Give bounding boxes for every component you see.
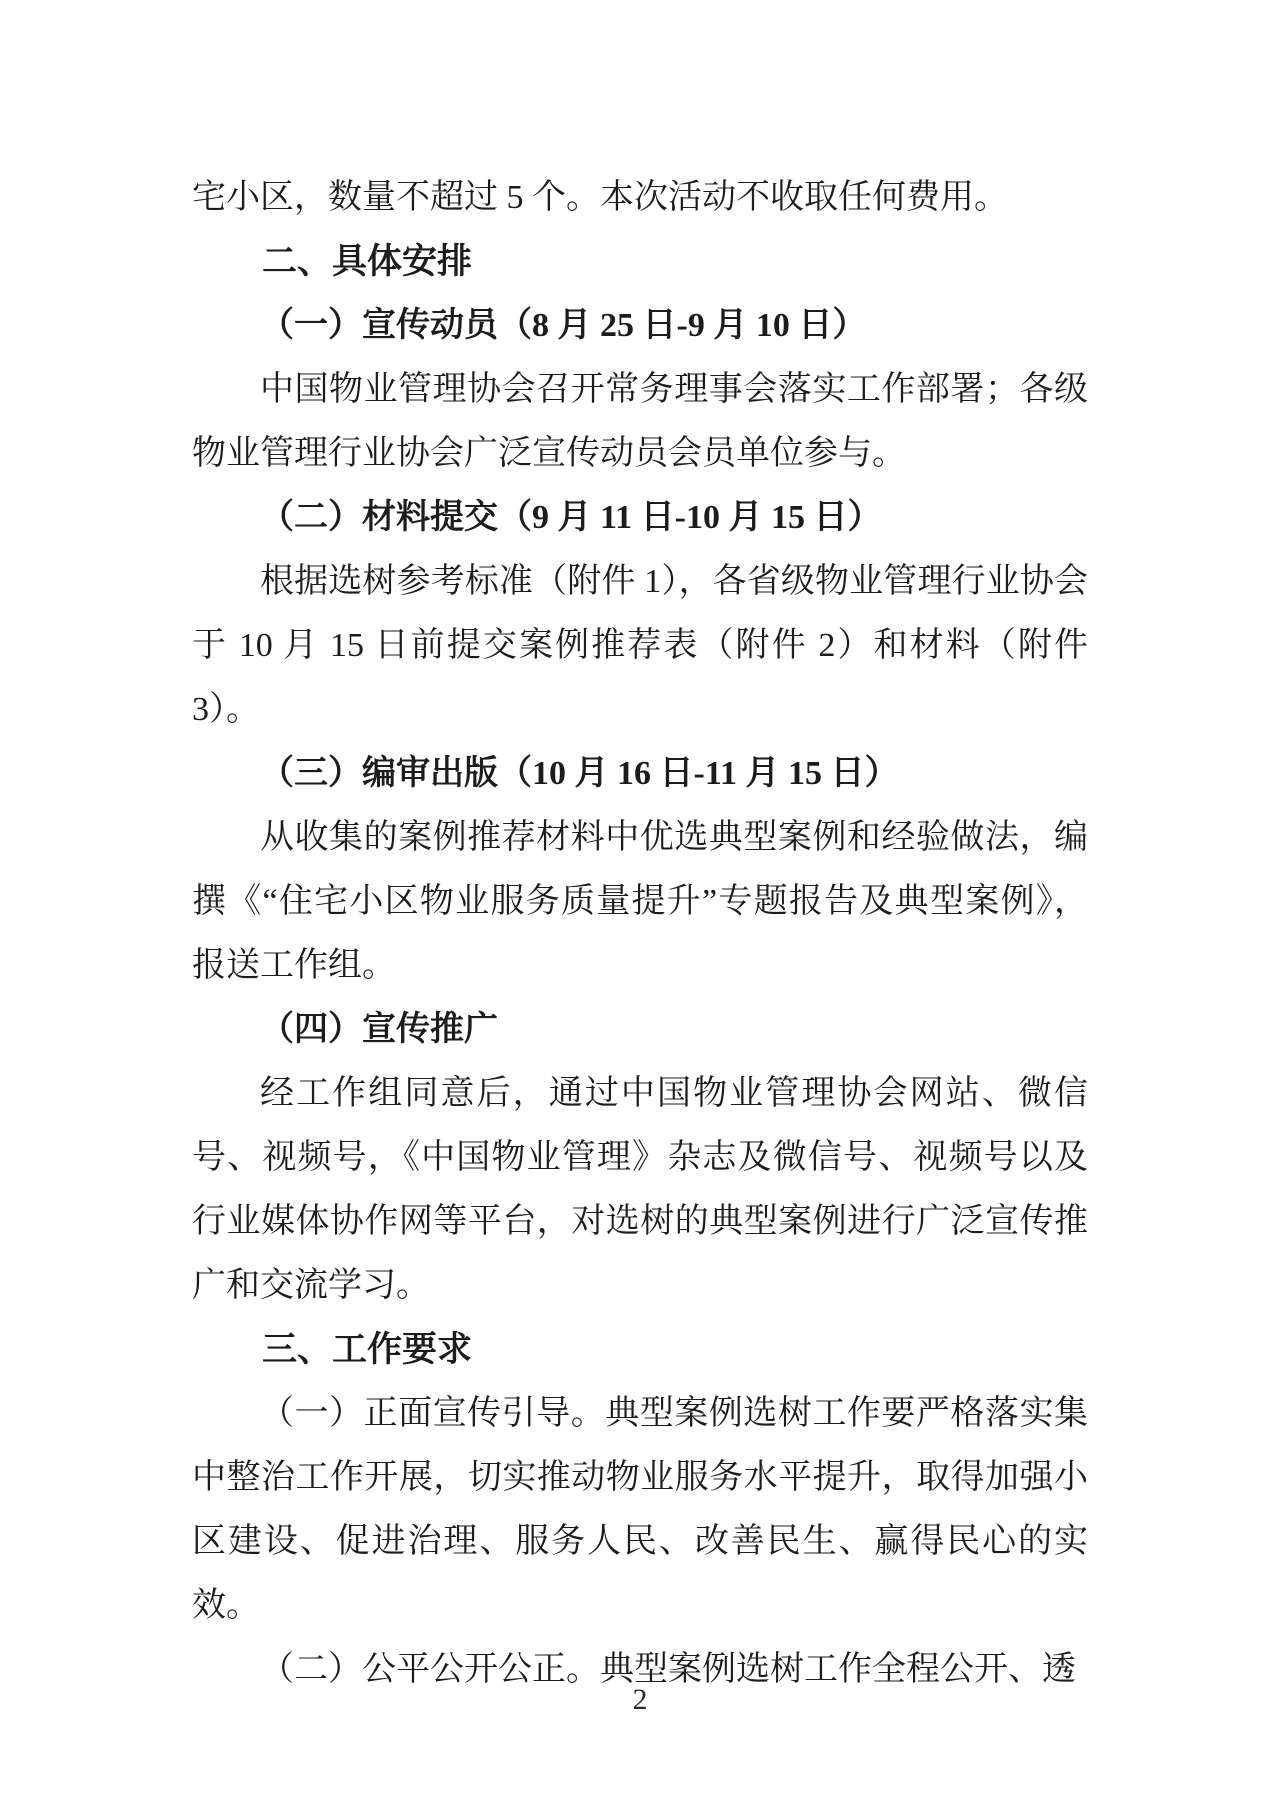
document-content: 宅小区，数量不超过 5 个。本次活动不收取任何费用。二、具体安排（一）宣传动员（… — [192, 166, 1088, 1702]
subsection-heading: （四）宣传推广 — [192, 998, 1088, 1062]
section-heading: 三、工作要求 — [192, 1318, 1088, 1382]
section-heading: 二、具体安排 — [192, 230, 1088, 294]
subsection-heading: （一）宣传动员（8 月 25 日-9 月 10 日） — [192, 294, 1088, 358]
body-paragraph: 根据选树参考标准（附件 1），各省级物业管理行业协会于 10 月 15 日前提交… — [192, 550, 1088, 742]
document-page: 宅小区，数量不超过 5 个。本次活动不收取任何费用。二、具体安排（一）宣传动员（… — [0, 0, 1280, 1811]
body-paragraph: 中国物业管理协会召开常务理事会落实工作部署；各级物业管理行业协会广泛宣传动员会员… — [192, 358, 1088, 486]
body-paragraph-continued: 宅小区，数量不超过 5 个。本次活动不收取任何费用。 — [192, 166, 1088, 230]
body-paragraph: （一）正面宣传引导。典型案例选树工作要严格落实集中整治工作开展，切实推动物业服务… — [192, 1382, 1088, 1638]
body-paragraph: 从收集的案例推荐材料中优选典型案例和经验做法，编撰《“住宅小区物业服务质量提升”… — [192, 806, 1088, 998]
page-number: 2 — [0, 1682, 1280, 1718]
subsection-heading: （二）材料提交（9 月 11 日-10 月 15 日） — [192, 486, 1088, 550]
body-paragraph: 经工作组同意后，通过中国物业管理协会网站、微信号、视频号，《中国物业管理》杂志及… — [192, 1062, 1088, 1318]
subsection-heading: （三）编审出版（10 月 16 日-11 月 15 日） — [192, 742, 1088, 806]
